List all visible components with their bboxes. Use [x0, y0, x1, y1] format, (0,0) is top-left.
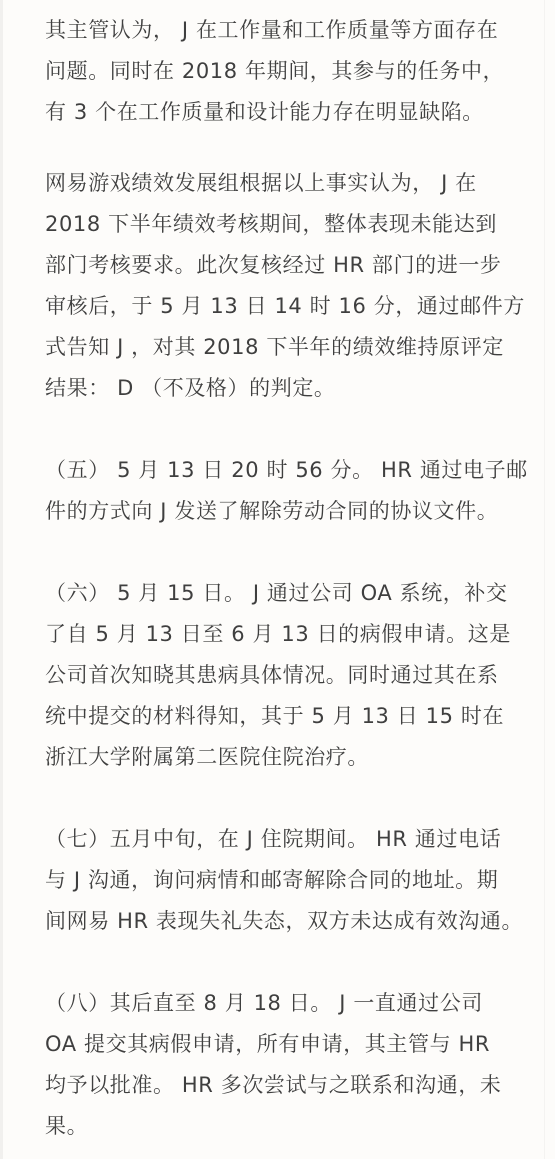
paragraph-item-7: （七）五月中旬，在 J 住院期间。 HR 通过电话 与 J 沟通，询问病情和邮寄…	[45, 819, 485, 942]
text-line: 浙江大学附属第二医院住院治疗。	[45, 737, 485, 778]
text-line: （七）五月中旬，在 J 住院期间。 HR 通过电话	[45, 819, 485, 860]
text-line: 与 J 沟通，询问病情和邮寄解除合同的地址。期	[45, 860, 485, 901]
paragraph-spacer	[45, 409, 485, 450]
text-line: 其主管认为， J 在工作量和工作质量等方面存在	[45, 10, 485, 51]
text-line: 网易游戏绩效发展组根据以上事实认为， J 在	[45, 163, 485, 204]
text-line: 间网易 HR 表现失礼失态，双方未达成有效沟通。	[45, 901, 485, 942]
page-edge-divider	[544, 0, 545, 1159]
article-page: 其主管认为， J 在工作量和工作质量等方面存在 问题。同时在 2018 年期间，…	[0, 0, 555, 1159]
text-line: 结果： D （不及格）的判定。	[45, 368, 485, 409]
paragraph-supervisor-assessment: 其主管认为， J 在工作量和工作质量等方面存在 问题。同时在 2018 年期间，…	[45, 10, 485, 133]
paragraph-spacer	[45, 532, 485, 573]
paragraph-performance-review: 网易游戏绩效发展组根据以上事实认为， J 在 2018 下半年绩效考核期间，整体…	[45, 163, 485, 409]
text-line: OA 提交其病假申请，所有申请，其主管与 HR	[45, 1024, 485, 1065]
text-line: 有 3 个在工作质量和设计能力存在明显缺陷。	[45, 92, 485, 133]
text-line: 2018 下半年绩效考核期间，整体表现未能达到	[45, 204, 485, 245]
text-line: 问题。同时在 2018 年期间，其参与的任务中，	[45, 51, 485, 92]
text-line: 审核后，于 5 月 13 日 14 时 16 分，通过邮件方	[45, 286, 485, 327]
text-line: 统中提交的材料得知，其于 5 月 13 日 15 时在	[45, 696, 485, 737]
paragraph-item-6: （六） 5 月 15 日。 J 通过公司 OA 系统，补交 了自 5 月 13 …	[45, 573, 485, 778]
paragraph-spacer	[45, 133, 485, 163]
text-line: （六） 5 月 15 日。 J 通过公司 OA 系统，补交	[45, 573, 485, 614]
text-line: 了自 5 月 13 日至 6 月 13 日的病假申请。这是	[45, 614, 485, 655]
text-line: 式告知 J ，对其 2018 下半年的绩效维持原评定	[45, 327, 485, 368]
paragraph-item-8: （八）其后直至 8 月 18 日。 J 一直通过公司 OA 提交其病假申请，所有…	[45, 983, 485, 1147]
text-line: （五） 5 月 13 日 20 时 56 分。 HR 通过电子邮	[45, 450, 485, 491]
text-line: 果。	[45, 1106, 485, 1147]
paragraph-spacer	[45, 778, 485, 819]
paragraph-spacer	[45, 942, 485, 983]
text-line: 部门考核要求。此次复核经过 HR 部门的进一步	[45, 245, 485, 286]
text-line: （八）其后直至 8 月 18 日。 J 一直通过公司	[45, 983, 485, 1024]
text-line: 均予以批准。 HR 多次尝试与之联系和沟通，未	[45, 1065, 485, 1106]
text-line: 件的方式向 J 发送了解除劳动合同的协议文件。	[45, 491, 485, 532]
text-line: 公司首次知晓其患病具体情况。同时通过其在系	[45, 655, 485, 696]
article-body: 其主管认为， J 在工作量和工作质量等方面存在 问题。同时在 2018 年期间，…	[45, 10, 485, 1147]
paragraph-item-5: （五） 5 月 13 日 20 时 56 分。 HR 通过电子邮 件的方式向 J…	[45, 450, 485, 532]
